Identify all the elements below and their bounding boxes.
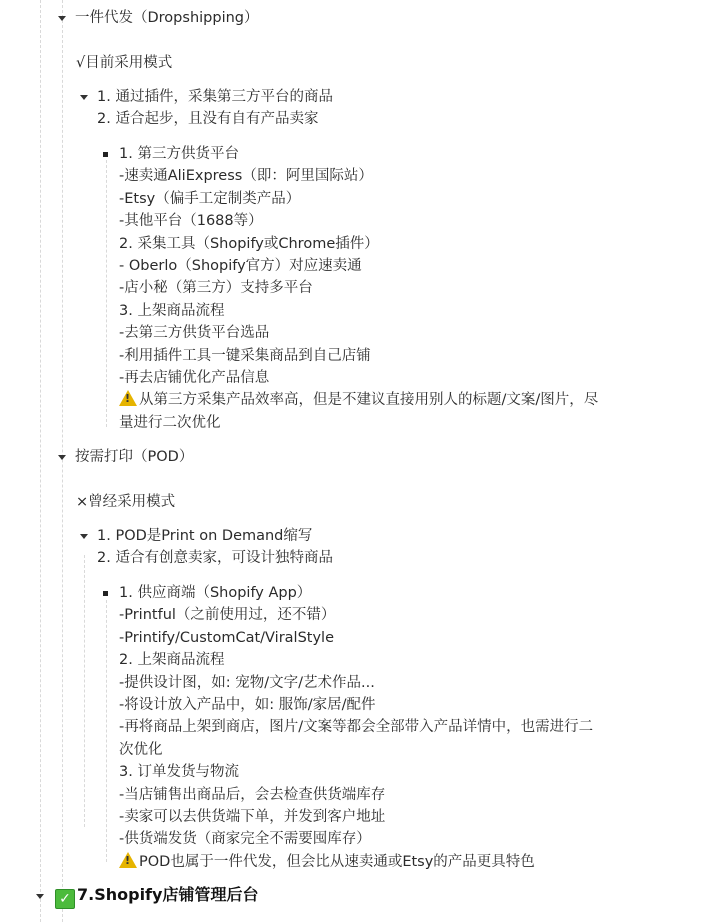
detail-line: 2. 上架商品流程 bbox=[119, 649, 593, 671]
guide-line bbox=[106, 600, 107, 862]
section-title[interactable]: 一件代发（Dropshipping） bbox=[75, 7, 259, 29]
detail-line: 3. 订单发货与物流 bbox=[119, 761, 593, 783]
detail-list: 1. 供应商端（Shopify App） -Printful（之前使用过，还不错… bbox=[119, 582, 593, 873]
check-box-icon: ✓ bbox=[55, 889, 75, 909]
detail-line: -再去店铺优化产品信息 bbox=[119, 367, 598, 389]
caret-down-icon[interactable] bbox=[80, 95, 88, 100]
detail-line: -再将商品上架到商店，图片/文案等都会全部带入产品详情中，也需进行二 bbox=[119, 716, 593, 738]
warning-icon bbox=[119, 390, 137, 406]
heading-text: 7.Shopify店铺管理后台 bbox=[77, 885, 258, 904]
detail-line: -Etsy（偏手工定制类产品） bbox=[119, 188, 598, 210]
detail-line: 3. 上架商品流程 bbox=[119, 300, 598, 322]
point: 2. 适合有创意卖家，可设计独特商品 bbox=[97, 547, 333, 569]
detail-line: - Oberlo（Shopify官方）对应速卖通 bbox=[119, 255, 598, 277]
warning-icon bbox=[119, 852, 137, 868]
detail-line: -Printify/CustomCat/ViralStyle bbox=[119, 627, 593, 649]
mode-label: √目前采用模式 bbox=[76, 52, 172, 74]
detail-line: 1. 供应商端（Shopify App） bbox=[119, 582, 593, 604]
detail-line: -提供设计图，如: 宠物/文字/艺术作品... bbox=[119, 672, 593, 694]
next-heading[interactable]: ✓7.Shopify店铺管理后台 bbox=[55, 884, 258, 909]
warning-line: 从第三方采集产品效率高，但是不建议直接用别人的标题/文案/图片，尽 bbox=[119, 389, 598, 411]
detail-line: -店小秘（第三方）支持多平台 bbox=[119, 277, 598, 299]
detail-line: -当店铺售出商品后，会去检查供货端库存 bbox=[119, 784, 593, 806]
detail-line: -将设计放入产品中，如: 服饰/家居/配件 bbox=[119, 694, 593, 716]
guide-line bbox=[106, 160, 107, 427]
warning-text: POD也属于一件代发，但会比从速卖通或Etsy的产品更具特色 bbox=[139, 854, 535, 870]
bullet bbox=[103, 152, 108, 157]
warning-line: POD也属于一件代发，但会比从速卖通或Etsy的产品更具特色 bbox=[119, 851, 593, 873]
point: 1. 通过插件，采集第三方平台的商品 bbox=[97, 86, 333, 108]
detail-line: -Printful（之前使用过，还不错） bbox=[119, 604, 593, 626]
guide-line bbox=[40, 0, 41, 922]
bullet bbox=[103, 591, 108, 596]
detail-line: -利用插件工具一键采集商品到自己店铺 bbox=[119, 345, 598, 367]
detail-line: 1. 第三方供货平台 bbox=[119, 143, 598, 165]
detail-list: 1. 第三方供货平台 -速卖通AliExpress（即：阿里国际站） -Etsy… bbox=[119, 143, 598, 434]
section-title[interactable]: 按需打印（POD） bbox=[75, 446, 193, 468]
caret-down-icon[interactable] bbox=[80, 534, 88, 539]
detail-line: -卖家可以去供货端下单，并发到客户地址 bbox=[119, 806, 593, 828]
mode-label: ×曾经采用模式 bbox=[76, 491, 175, 513]
detail-line: 次优化 bbox=[119, 739, 593, 761]
guide-line bbox=[62, 0, 63, 922]
caret-down-icon[interactable] bbox=[58, 16, 66, 21]
point: 1. POD是Print on Demand缩写 bbox=[97, 525, 312, 547]
detail-line: 2. 采集工具（Shopify或Chrome插件） bbox=[119, 233, 598, 255]
point: 2. 适合起步，且没有自有产品卖家 bbox=[97, 108, 318, 130]
guide-line bbox=[84, 555, 85, 827]
detail-line: -其他平台（1688等） bbox=[119, 210, 598, 232]
warning-text: 从第三方采集产品效率高，但是不建议直接用别人的标题/文案/图片，尽 bbox=[139, 392, 598, 408]
caret-down-icon[interactable] bbox=[58, 455, 66, 460]
detail-line: -速卖通AliExpress（即：阿里国际站） bbox=[119, 165, 598, 187]
detail-line: -去第三方供货平台选品 bbox=[119, 322, 598, 344]
caret-down-icon[interactable] bbox=[36, 894, 44, 899]
detail-line: -供货端发货（商家完全不需要囤库存） bbox=[119, 828, 593, 850]
warning-text: 量进行二次优化 bbox=[119, 412, 598, 434]
